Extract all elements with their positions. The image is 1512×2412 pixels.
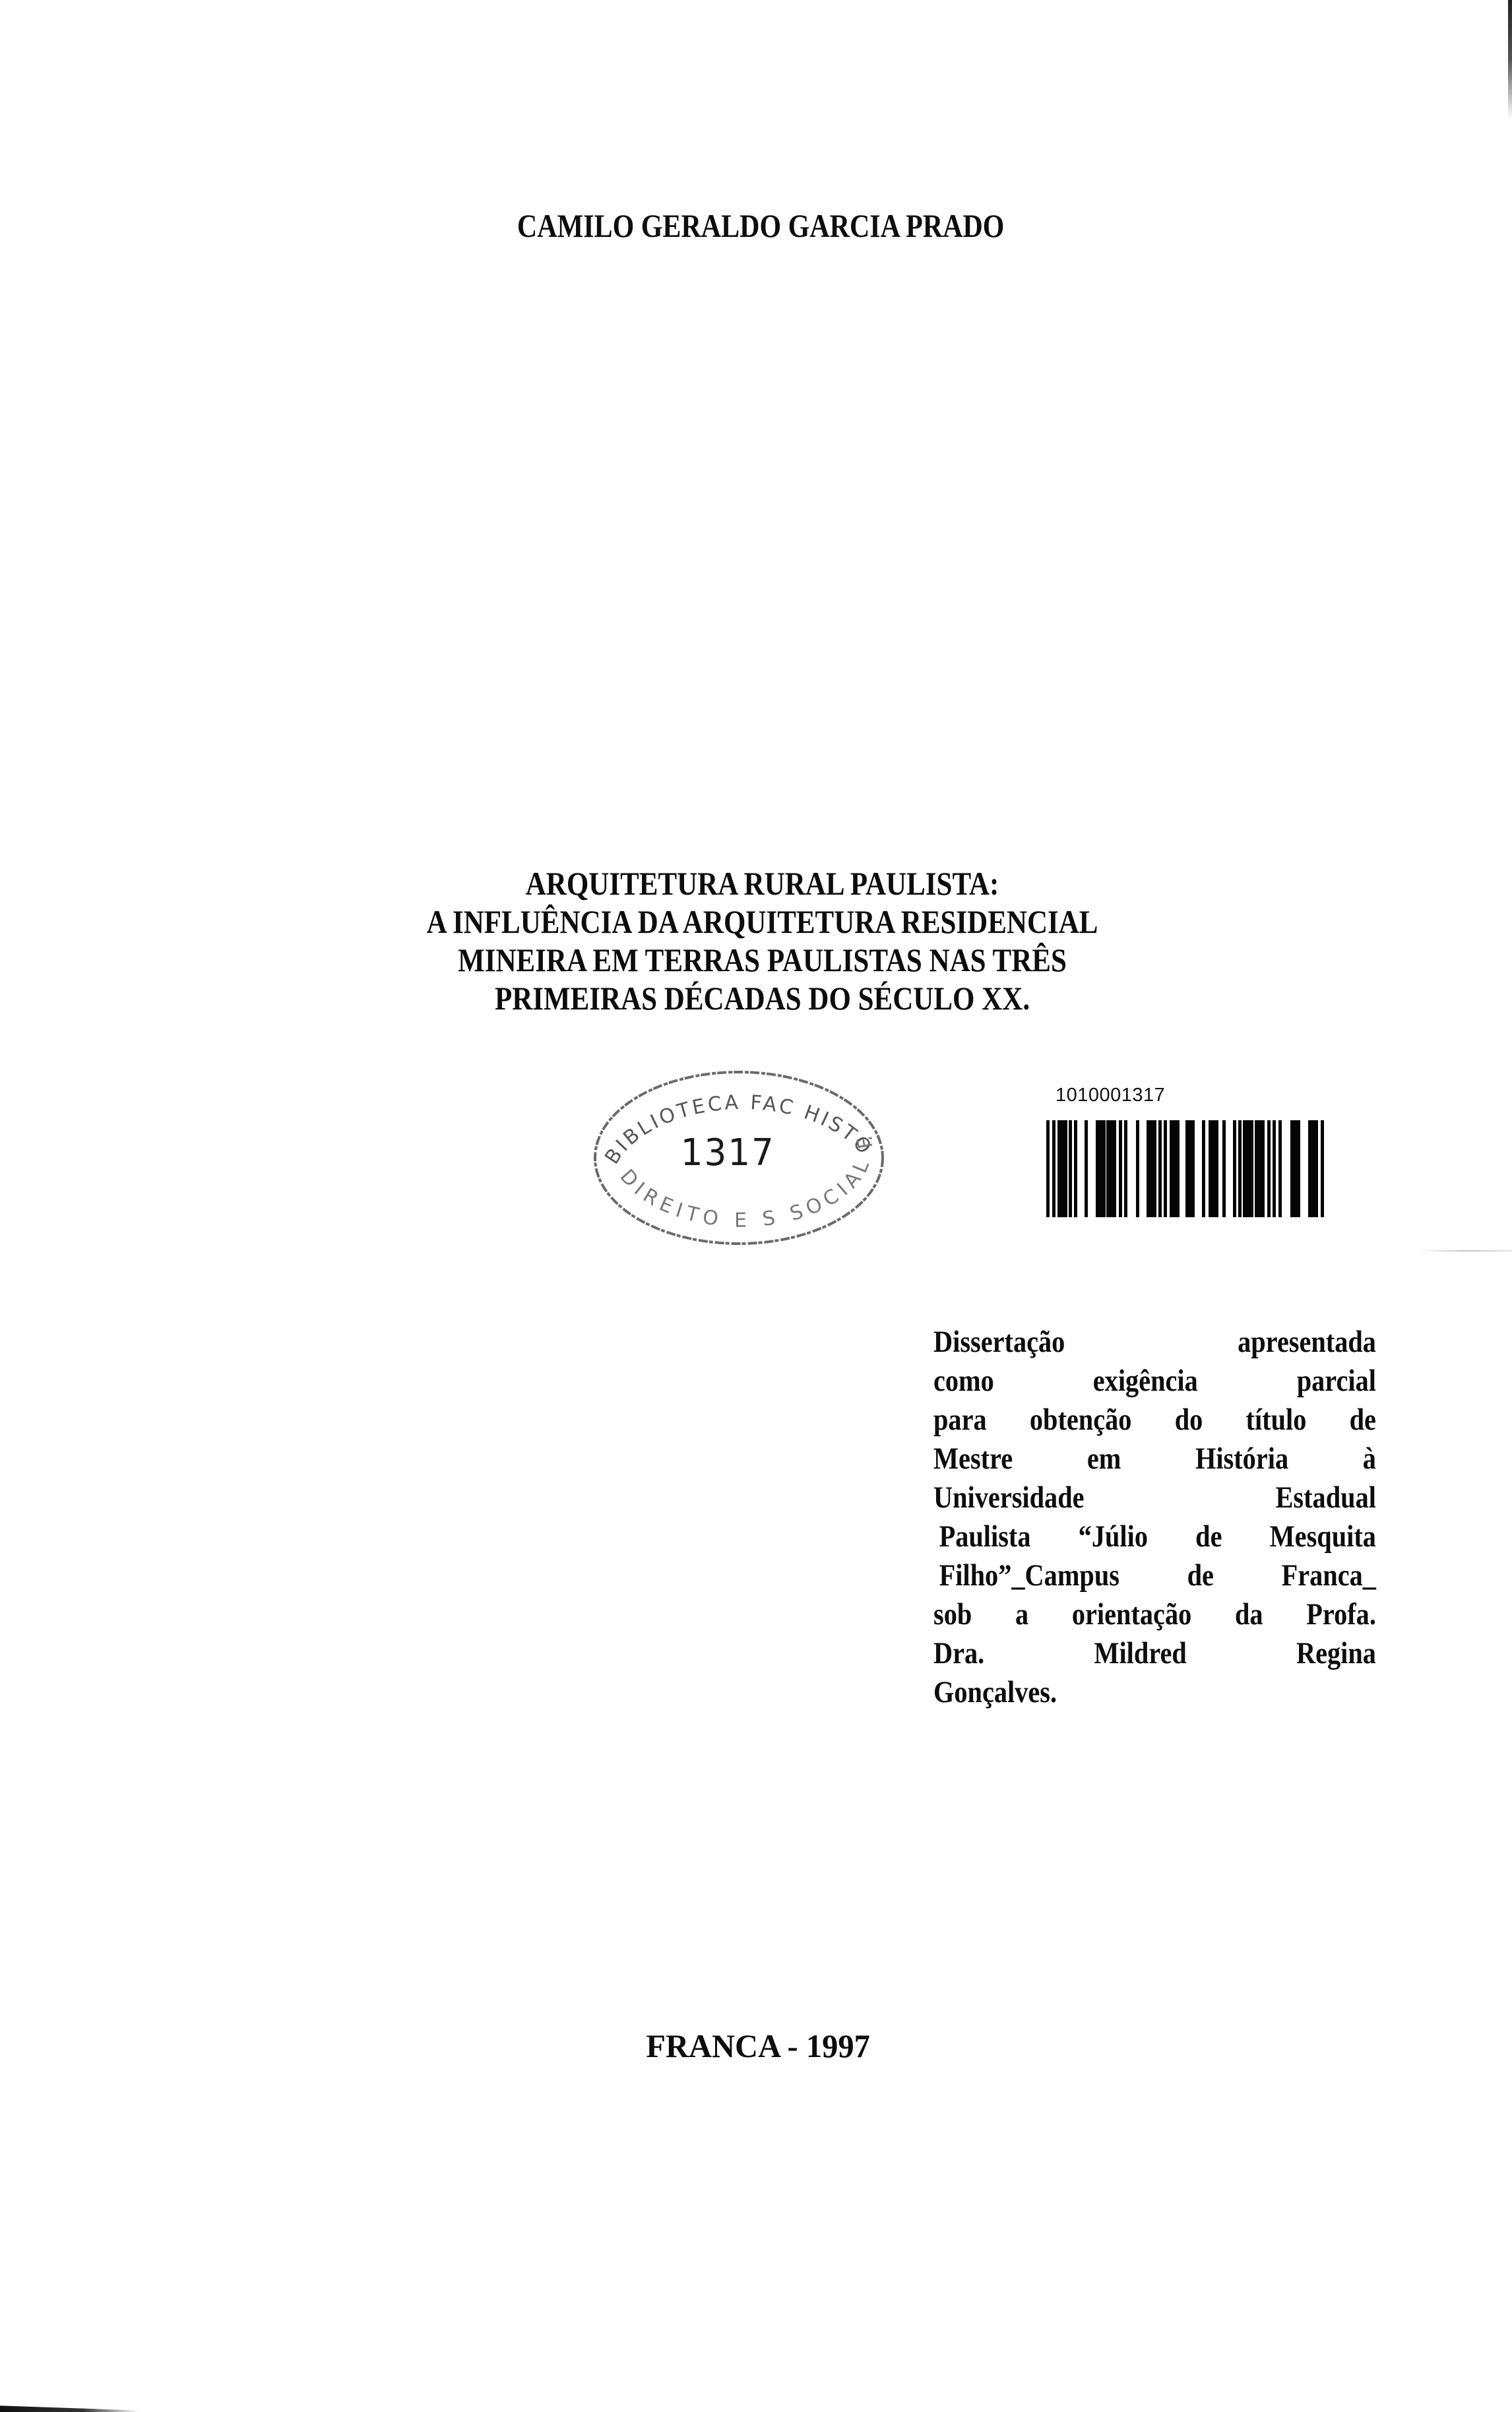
dissertation-note: Dissertaçãoapresentadacomoexigênciaparci… [933,1323,1376,1712]
dissertation-word: título [1246,1401,1307,1440]
scan-edge-shadow [0,2404,139,2412]
dissertation-word: exigência [1093,1362,1198,1401]
dissertation-word: Gonçalves. [933,1673,1057,1712]
dissertation-word: da [1235,1595,1263,1634]
title-line: PRIMEIRAS DÉCADAS DO SÉCULO XX. [112,979,1412,1017]
dissertation-line: Dissertaçãoapresentada [933,1323,1376,1362]
dissertation-word: do [1175,1401,1203,1440]
dissertation-word: Franca_ [1282,1556,1376,1595]
dissertation-word: à [1363,1440,1376,1478]
dissertation-word: sob [933,1595,972,1634]
dissertation-word: como [933,1362,994,1401]
dissertation-word: Mildred [1094,1634,1186,1673]
dissertation-word: apresentada [1238,1323,1376,1362]
dissertation-word: para [933,1401,987,1440]
dissertation-word: Dissertação [933,1323,1065,1362]
place-and-year: FRANCA - 1997 [24,2027,1491,2065]
dissertation-word: de [1195,1517,1222,1556]
dissertation-line: sobaorientaçãodaProfa. [933,1595,1376,1634]
dissertation-word: Mesquita [1270,1517,1376,1556]
dissertation-word: Regina [1296,1634,1376,1673]
dissertation-line: UniversidadeEstadual [933,1478,1376,1517]
dissertation-word: Estadual [1276,1478,1376,1517]
dissertation-word: Dra. [933,1634,984,1673]
dissertation-word: parcial [1297,1362,1376,1401]
dissertation-word: orientação [1072,1595,1191,1634]
author-name: CAMILO GERALDO GARCIA PRADO [126,206,1396,245]
dissertation-word: de [1187,1556,1214,1595]
scan-artifact [1418,1250,1512,1252]
dissertation-line: Gonçalves. [933,1673,1376,1712]
dissertation-word: Mestre [933,1440,1013,1478]
title-line: A INFLUÊNCIA DA ARQUITETURA RESIDENCIAL [112,903,1412,941]
dissertation-word: a [1015,1595,1028,1634]
dissertation-line: paraobtençãodotítulode [933,1401,1376,1440]
thesis-cover-page: CAMILO GERALDO GARCIA PRADO ARQUITETURA … [0,0,1512,2412]
dissertation-word: “Júlio [1079,1517,1148,1556]
barcode-number: 1010001317 [1055,1082,1330,1120]
library-stamp: BIBLIOTECA FAC HISTÓRIA DIREITO E S SOCI… [581,1059,897,1257]
dissertation-line: Paulista“JúliodeMesquita [933,1517,1376,1556]
dissertation-word: Profa. [1306,1595,1376,1634]
title-line: MINEIRA EM TERRAS PAULISTAS NAS TRÊS [112,941,1412,979]
dissertation-word: Filho”_Campus [939,1556,1119,1595]
dissertation-line: Dra.MildredRegina [933,1634,1376,1673]
scan-edge-shadow [1508,0,1512,119]
dissertation-word: Universidade [933,1478,1085,1517]
dissertation-line: MestreemHistóriaà [933,1440,1376,1478]
dissertation-word: de [1350,1401,1376,1440]
dissertation-word: Paulista [939,1517,1031,1556]
dissertation-line: comoexigênciaparcial [933,1362,1376,1401]
barcode-icon [1046,1120,1327,1217]
title-line: ARQUITETURA RURAL PAULISTA: [112,864,1412,903]
barcode-label: 1010001317 [1046,1082,1330,1217]
stamp-handwritten-number: 1317 [681,1131,775,1174]
dissertation-word: em [1087,1440,1121,1478]
thesis-title: ARQUITETURA RURAL PAULISTA: A INFLUÊNCIA… [112,864,1412,1017]
dissertation-word: obtenção [1030,1401,1132,1440]
dissertation-line: Filho”_CampusdeFranca_ [933,1556,1376,1595]
dissertation-word: História [1195,1440,1288,1478]
